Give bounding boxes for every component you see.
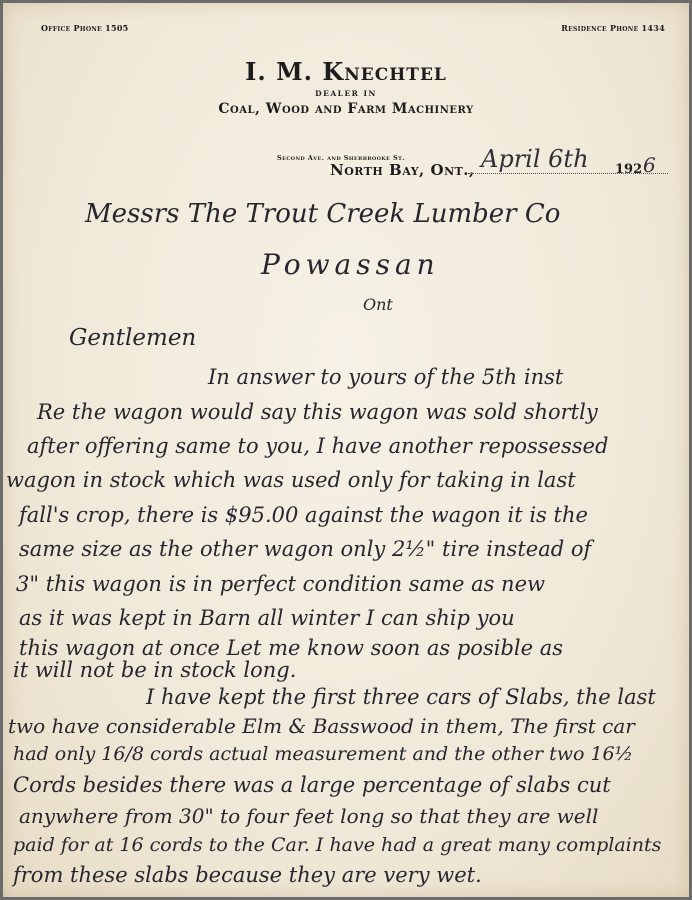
body-line: had only 16/8 cords actual measurement a…	[13, 743, 633, 765]
body-line: it will not be in stock long.	[13, 658, 296, 682]
body-line: this wagon at once Let me know soon as p…	[19, 636, 563, 660]
body-line: fall's crop, there is $95.00 against the…	[19, 503, 588, 527]
body-line: paid for at 16 cords to the Car. I have …	[13, 834, 661, 856]
body-line: from these slabs because they are very w…	[13, 863, 482, 887]
recipient-line-1: Messrs The Trout Creek Lumber Co	[85, 199, 560, 229]
body-line: two have considerable Elm & Basswood in …	[8, 714, 635, 738]
printed-year: 192	[615, 162, 642, 177]
body-line: Re the wagon would say this wagon was so…	[37, 400, 598, 424]
recipient-line-3: Ont	[363, 295, 393, 314]
office-phone: Office Phone 1505	[41, 23, 129, 33]
handwritten-date: April 6th	[481, 145, 589, 173]
salutation: Gentlemen	[69, 325, 196, 351]
body-line: anywhere from 30" to four feet long so t…	[19, 804, 598, 828]
dealer-in-label: DEALER IN	[3, 89, 689, 98]
recipient-line-2: Powassan	[261, 248, 440, 281]
goods-line: Coal, Wood and Farm Machinery	[3, 101, 689, 117]
handwritten-year-digit: 6	[643, 153, 656, 177]
body-line: In answer to yours of the 5th inst	[208, 365, 563, 389]
body-line: same size as the other wagon only 2½" ti…	[19, 537, 591, 561]
letter-page: Office Phone 1505 Residence Phone 1434 I…	[3, 3, 689, 897]
body-line: 3" this wagon is in perfect condition sa…	[16, 572, 545, 596]
residence-phone: Residence Phone 1434	[561, 23, 665, 33]
city-line: North Bay, Ont.,	[330, 161, 475, 179]
business-name: I. M. Knechtel	[3, 57, 689, 86]
body-line: as it was kept in Barn all winter I can …	[19, 606, 515, 630]
body-line: I have kept the first three cars of Slab…	[146, 685, 656, 709]
body-line: Cords besides there was a large percenta…	[13, 773, 611, 797]
body-line: wagon in stock which was used only for t…	[6, 468, 576, 492]
body-line: after offering same to you, I have anoth…	[27, 434, 608, 458]
